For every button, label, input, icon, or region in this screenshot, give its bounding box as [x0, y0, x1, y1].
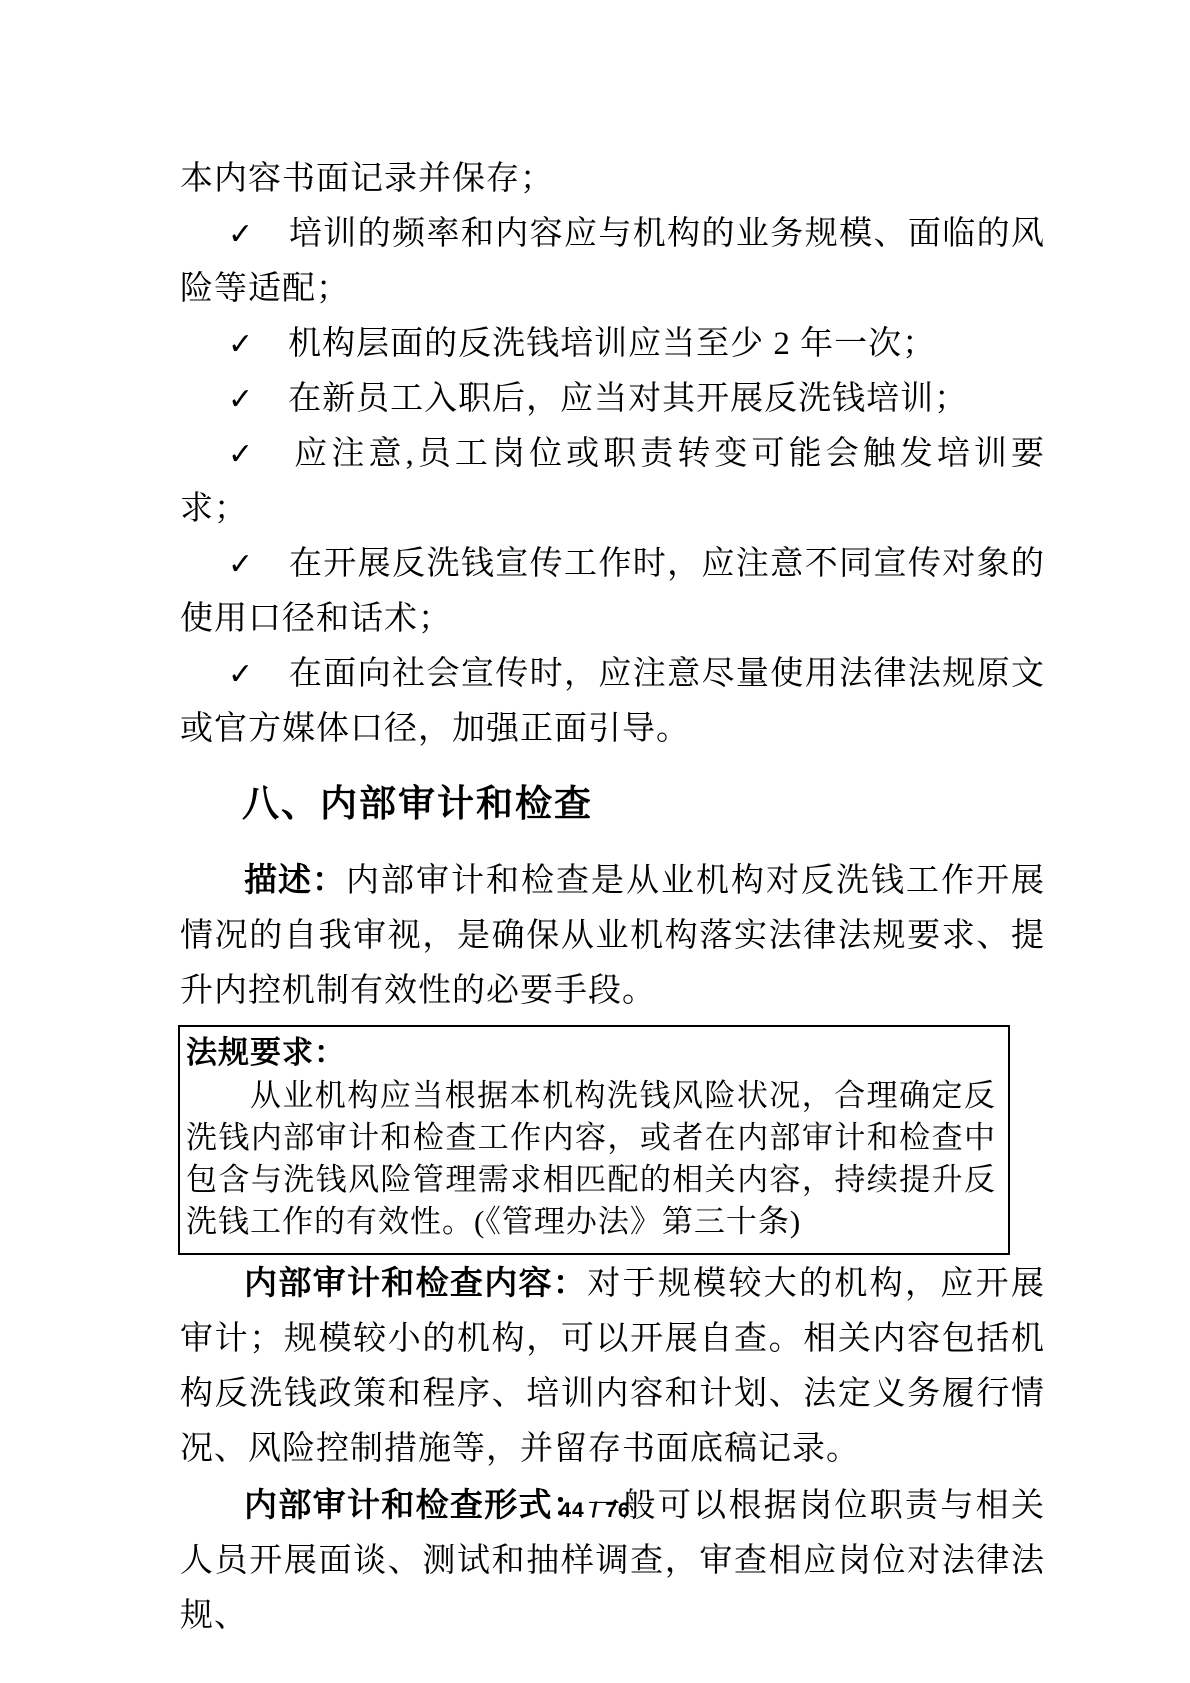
checklist-item: ✓应注意,员工岗位或职责转变可能会触发培训要求；	[180, 427, 1045, 537]
paragraph-continuation: 本内容书面记录并保存；	[180, 152, 1045, 207]
checklist-item-text: 培训的频率和内容应与机构的业务规模、面临的风险等适配；	[180, 216, 1045, 307]
check-icon: ✓	[228, 547, 255, 582]
description-paragraph: 描述：内部审计和检查是从业机构对反洗钱工作开展情况的自我审视，是确保从业机构落实…	[180, 852, 1045, 1019]
description-label: 描述：	[244, 861, 346, 898]
audit-content-paragraph: 内部审计和检查内容：对于规模较大的机构，应开展审计；规模较小的机构，可以开展自查…	[180, 1255, 1045, 1477]
page-number: 44 / 76	[559, 1499, 630, 1522]
checklist-item: ✓在开展反洗钱宣传工作时，应注意不同宣传对象的使用口径和话术；	[180, 537, 1045, 647]
audit-content-label: 内部审计和检查内容：	[244, 1264, 587, 1301]
regulation-box-title: 法规要求：	[186, 1031, 996, 1075]
document-page: 本内容书面记录并保存； ✓培训的频率和内容应与机构的业务规模、面临的风险等适配；…	[0, 0, 1190, 1683]
page-footer: 44 / 76	[0, 1496, 1190, 1526]
checklist-item: ✓在新员工入职后，应当对其开展反洗钱培训；	[180, 372, 1045, 427]
check-icon: ✓	[228, 327, 254, 362]
regulation-box-body: 从业机构应当根据本机构洗钱风险状况，合理确定反洗钱内部审计和检查工作内容，或者在…	[186, 1075, 996, 1243]
section-heading: 八、内部审计和检查	[180, 776, 1045, 831]
regulation-box: 法规要求： 从业机构应当根据本机构洗钱风险状况，合理确定反洗钱内部审计和检查工作…	[178, 1025, 1010, 1255]
checklist-item: ✓培训的频率和内容应与机构的业务规模、面临的风险等适配；	[180, 207, 1045, 317]
check-icon: ✓	[228, 657, 255, 692]
checklist-item: ✓机构层面的反洗钱培训应当至少 2 年一次；	[180, 317, 1045, 372]
checklist-item-text: 机构层面的反洗钱培训应当至少 2 年一次；	[288, 326, 936, 362]
check-icon: ✓	[228, 382, 254, 417]
check-icon: ✓	[228, 437, 257, 472]
checklist-item: ✓在面向社会宣传时，应注意尽量使用法律法规原文或官方媒体口径，加强正面引导。	[180, 647, 1045, 757]
checklist-item-text: 应注意,员工岗位或职责转变可能会触发培训要求；	[180, 436, 1045, 527]
checklist-item-text: 在开展反洗钱宣传工作时，应注意不同宣传对象的使用口径和话术；	[180, 546, 1045, 637]
checklist-item-text: 在新员工入职后，应当对其开展反洗钱培训；	[288, 381, 968, 417]
document-body: 本内容书面记录并保存； ✓培训的频率和内容应与机构的业务规模、面临的风险等适配；…	[180, 152, 1045, 1644]
check-icon: ✓	[228, 217, 255, 252]
checklist-item-text: 在面向社会宣传时，应注意尽量使用法律法规原文或官方媒体口径，加强正面引导。	[180, 656, 1045, 747]
paragraph-continuation-text: 本内容书面记录并保存；	[180, 161, 554, 197]
